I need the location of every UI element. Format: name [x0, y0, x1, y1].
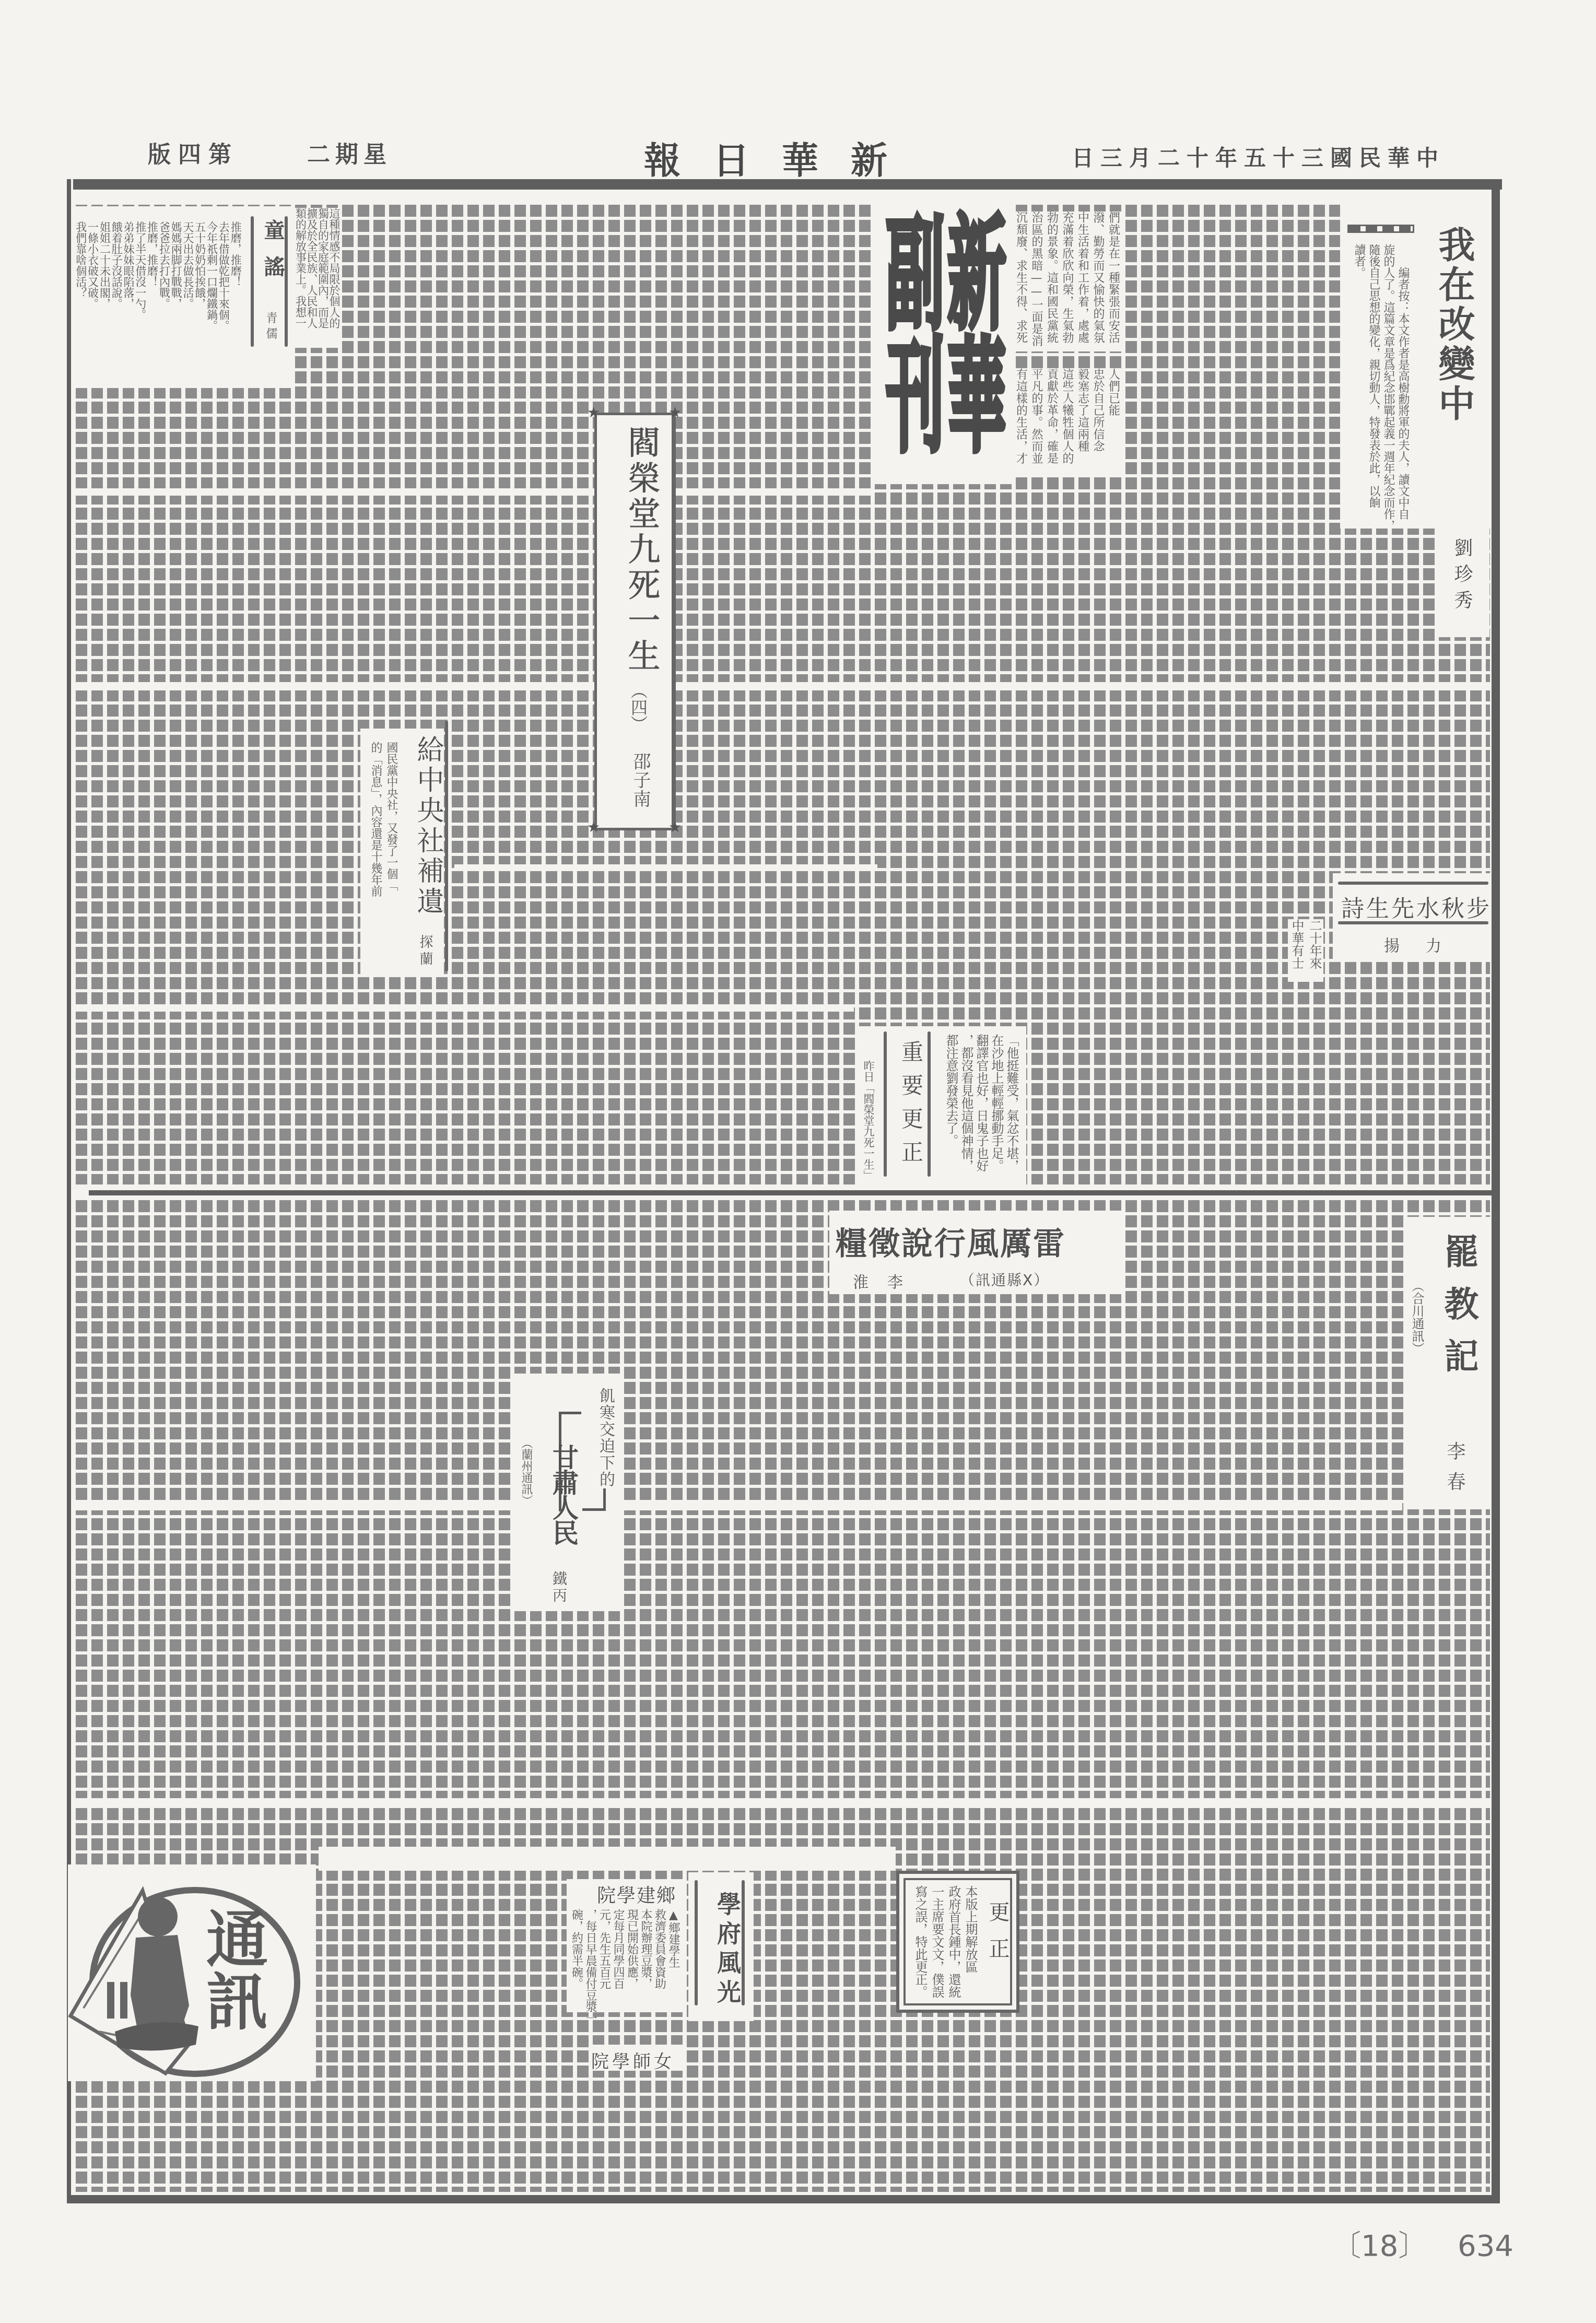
text-column: 碗，約需半碗。	[569, 1909, 583, 2011]
newspaper-page: 第四版 星期二 新華日報 中華民國三十五年十二月三日 我在改變中 編者按：本文作…	[0, 0, 1596, 2323]
correction-text: 本版上期解放區 政府首長鍾中，還統 一主席要文文，僕誤 寫之誤，特此更正。	[912, 1885, 979, 1998]
supplement-excerpt-upper: 們就是在一種緊張而安活 潑、勤勞而又愉快的氣氛 中生活着和工作着，處處 充滿着欣…	[1013, 212, 1121, 351]
text-column: 現已開始供應，	[625, 1909, 639, 2011]
star-icon: ★	[668, 820, 682, 835]
campus-item-school: 鄉建學院	[597, 1881, 676, 1908]
woodcut-emblem-icon: 通 訊	[68, 1875, 313, 2084]
poem-line: 弟弟妹妹眼陷落，	[122, 221, 134, 352]
star-icon: ★	[668, 405, 682, 420]
poem-line: 今年祇剩一口爛鐵鍋。	[206, 221, 218, 352]
grain-levy-title: 雷厲風行說徵糧	[836, 1219, 1066, 1264]
text-column: 政府首長鍾中，還統	[945, 1885, 962, 1998]
text-column: 貢獻於革命，確是	[1044, 368, 1060, 475]
text-column: 的「消息」，內容還是十幾年前	[368, 742, 383, 914]
weekday-label: 星期二	[307, 136, 392, 169]
page-number: 〔18〕 634	[1332, 2223, 1513, 2265]
text-column: 擴及於全民族、人民和人	[306, 208, 318, 348]
body-text-block-middle	[76, 1200, 1490, 1798]
cna-supplement-author: 探蘭	[416, 935, 435, 968]
gansu-author: 鐵丙	[548, 1571, 569, 1604]
major-correction-title: 重要更正	[895, 1040, 926, 1174]
text-column: 一主席要文文，僕誤	[929, 1885, 945, 1998]
frame-top-rule	[73, 179, 1502, 190]
nursery-rhyme-title: 童謠	[258, 219, 288, 292]
grain-levy-author: 李淮	[853, 1269, 922, 1292]
poem-line: 推磨，推磨！	[146, 221, 158, 352]
text-column: ，都沒看見他這個神情，	[958, 1034, 973, 1172]
poem-line: 二十年來	[1306, 919, 1323, 982]
adjacent-article-excerpt: 這種情感不局限於個人的 獨自的家庭範圍內，而是 擴及於全民族、人民和人 類的解放…	[295, 208, 339, 348]
newspaper-masthead: 新華日報	[644, 132, 920, 184]
page-number-value: 634	[1458, 2229, 1513, 2263]
text-column: 寫之誤，特此更正。	[912, 1885, 929, 1998]
poem-line: 天天出去做長活。	[182, 221, 194, 352]
paragraph-gap	[319, 1847, 896, 1871]
text-column: 充滿着欣欣向榮，生氣勃	[1060, 212, 1075, 351]
star-icon: ★	[587, 820, 600, 835]
nursery-rhyme-text: 推磨，推磨！ 去年借做乾把十來個。 今年祇剩一口爛鐵鍋。 五十奶奶怕挨餓， 天天…	[75, 221, 241, 352]
article-byline: 劉珍秀	[1449, 538, 1475, 616]
text-column: 本版上期解放區	[962, 1885, 979, 1998]
text-column: 有這樣的生活，才	[1013, 368, 1029, 475]
text-column: 定每月同學四百	[611, 1909, 625, 2011]
text-column: 治區的黑暗——一面是消	[1029, 212, 1045, 351]
campus-item-text: ▲鄉建學生 救濟委員會資助 本院辦理豆漿， 現已開始供應， 定每月同學四百 元，…	[569, 1909, 680, 2011]
poem-author: 力揚	[1384, 933, 1468, 956]
teacher-strike-author: 李春	[1441, 1441, 1468, 1502]
serial-title: 閻榮堂九死一生	[618, 426, 665, 674]
teacher-strike-dateline: （合川通訊）	[1408, 1280, 1426, 1355]
teacher-strike-title: 罷教記	[1434, 1234, 1483, 1390]
wavy-rule	[884, 1031, 887, 1177]
editor-note-line: 編者按：本文作者是高樹勳將軍的夫人，讀文中自	[1395, 244, 1410, 526]
text-column: 救濟委員會資助	[652, 1909, 666, 2011]
gansu-dateline: （蘭州通訊）	[518, 1437, 534, 1506]
issue-date: 中華民國三十五年十二月三日	[1072, 141, 1445, 172]
paragraph-gap	[76, 1503, 1402, 1510]
editor-note-line: 讀者。	[1352, 244, 1366, 526]
star-icon: ★	[587, 405, 600, 420]
grain-levy-dateline: （X縣通訊）	[960, 1269, 1049, 1290]
supplement-masthead: 新華副刊	[879, 209, 1003, 468]
text-column: 沉頹廢、求生不得、求死	[1013, 212, 1029, 351]
text-column: 人們已能	[1106, 368, 1121, 475]
text-column: 在沙地上輕輕挪動手足。	[989, 1034, 1004, 1172]
text-column: 「他挺難受，氣忿不堪，	[1004, 1034, 1019, 1172]
poem-line: 中華有士	[1288, 919, 1306, 982]
wavy-rule	[928, 1031, 931, 1177]
frame-bottom-rule	[67, 2195, 1500, 2203]
poem-line: 推磨，推磨！	[229, 221, 241, 352]
text-column: 潑、勤勞而又愉快的氣氛	[1090, 212, 1106, 351]
cna-supplement-excerpt: 國民黨中央社，又發了一個「 的「消息」，內容還是十幾年前	[368, 742, 399, 914]
text-column: 類的解放事業上。我想一	[295, 208, 306, 348]
text-column: 翻譯官也好，日鬼子也好	[973, 1034, 989, 1172]
poem-line: 推了半天借沒一勺。	[134, 221, 146, 352]
text-column: ，每日早晨備付豆漿一	[583, 1909, 597, 2011]
text-column: 這些人犧牲個人的	[1060, 368, 1075, 475]
poem-line: 一條小衣破又破。	[87, 221, 99, 352]
editor-note: 編者按：本文作者是高樹勳將軍的夫人，讀文中自 旋的人了。這篇文章是爲紀念邯鄲起義…	[1352, 244, 1410, 526]
emblem-char: 通	[206, 1904, 268, 1976]
editor-note-line: 隨後自己思想的變化，親切動人，特發表於此，以餉	[1366, 244, 1381, 526]
emblem-char: 訊	[206, 1966, 268, 2038]
major-correction-text: 昨日「閻榮堂九死一生」	[861, 1060, 876, 1181]
text-column: 平凡的事。然而並	[1029, 368, 1045, 475]
text-column: 中生活着和工作着，處處	[1075, 212, 1090, 351]
campus-item-school: 女師學院	[591, 2047, 675, 2073]
poem-line: 去年借做乾把十來個。	[218, 221, 230, 352]
poem-title: 步秋水先生詩	[1341, 890, 1492, 923]
text-column: 勃的景象。這和國民黨統	[1044, 212, 1060, 351]
corner-bracket-close	[582, 1488, 606, 1511]
poem-line: 爸爸拉去打內戰。	[158, 221, 170, 352]
text-column: 忠於自己所信念	[1090, 368, 1106, 475]
text-column: 都注意劉發榮去了。	[943, 1034, 958, 1172]
poem-line: 我們靠啥個活？	[75, 221, 87, 352]
wavy-rule	[1338, 882, 1488, 885]
campus-column-title: 學府風光	[710, 1892, 745, 2009]
serial-part: （四）	[626, 682, 650, 732]
adjacent-article-excerpt: 「他挺難受，氣忿不堪， 在沙地上輕輕挪動手足。 翻譯官也好，日鬼子也好 ，都沒看…	[943, 1034, 1019, 1172]
wavy-bracket-left	[251, 216, 254, 347]
wavy-rule	[695, 1880, 698, 2005]
article-title: 我在改變中	[1429, 226, 1479, 424]
supplement-excerpt-lower: 人們已能 忠於自己所信念 毅塞志了這兩種 這些人犧牲個人的 貢獻於革命，確是 平…	[1013, 368, 1121, 475]
text-column: ▲鄉建學生	[666, 1909, 680, 2011]
paragraph-gap	[76, 1005, 854, 1012]
poem-line: 姐姐二十未出閣，	[99, 221, 111, 352]
text-column: 國民黨中央社，又發了一個「	[383, 742, 399, 914]
editor-note-line: 旋的人了。這篇文章是爲紀念邯鄲起義一週年紀念而作，	[1381, 244, 1395, 526]
frame-right-rule	[1492, 179, 1500, 2203]
gansu-title: 甘肅人民	[545, 1444, 582, 1544]
poem-line: 餓着肚子沒話說。	[110, 221, 122, 352]
poem-text: 二十年來 中華有士	[1288, 919, 1323, 982]
text-column: 元，先生五百元	[597, 1909, 611, 2011]
serial-author: 邵子南	[628, 752, 653, 808]
nursery-rhyme-author: 青儒	[263, 312, 279, 343]
text-column: 這種情感不局限於個人的	[328, 208, 340, 348]
text-column: 毅塞志了這兩種	[1075, 368, 1090, 475]
volume-number: 〔18〕	[1332, 2229, 1427, 2263]
paragraph-gap	[76, 488, 875, 496]
paragraph-gap	[454, 864, 877, 871]
section-divider-rule	[89, 1190, 1492, 1195]
poem-line: 五十奶奶怕挨餓，	[194, 221, 206, 352]
poem-line: 媽媽兩脚打戰戰，	[170, 221, 182, 352]
paragraph-gap	[76, 682, 1490, 690]
edition-label: 第四版	[148, 136, 239, 169]
correction-title: 更正	[983, 1901, 1013, 1974]
text-column: 獨自的家庭範圍內，而是	[317, 208, 328, 348]
chain-ornament	[1347, 225, 1414, 233]
text-column: 本院辦理豆漿，	[639, 1909, 653, 2011]
text-column: 們就是在一種緊張而安活	[1106, 212, 1121, 351]
gansu-kicker: 飢寒交迫下的	[594, 1388, 617, 1488]
cna-supplement-title: 給中央社補遺	[408, 735, 448, 917]
